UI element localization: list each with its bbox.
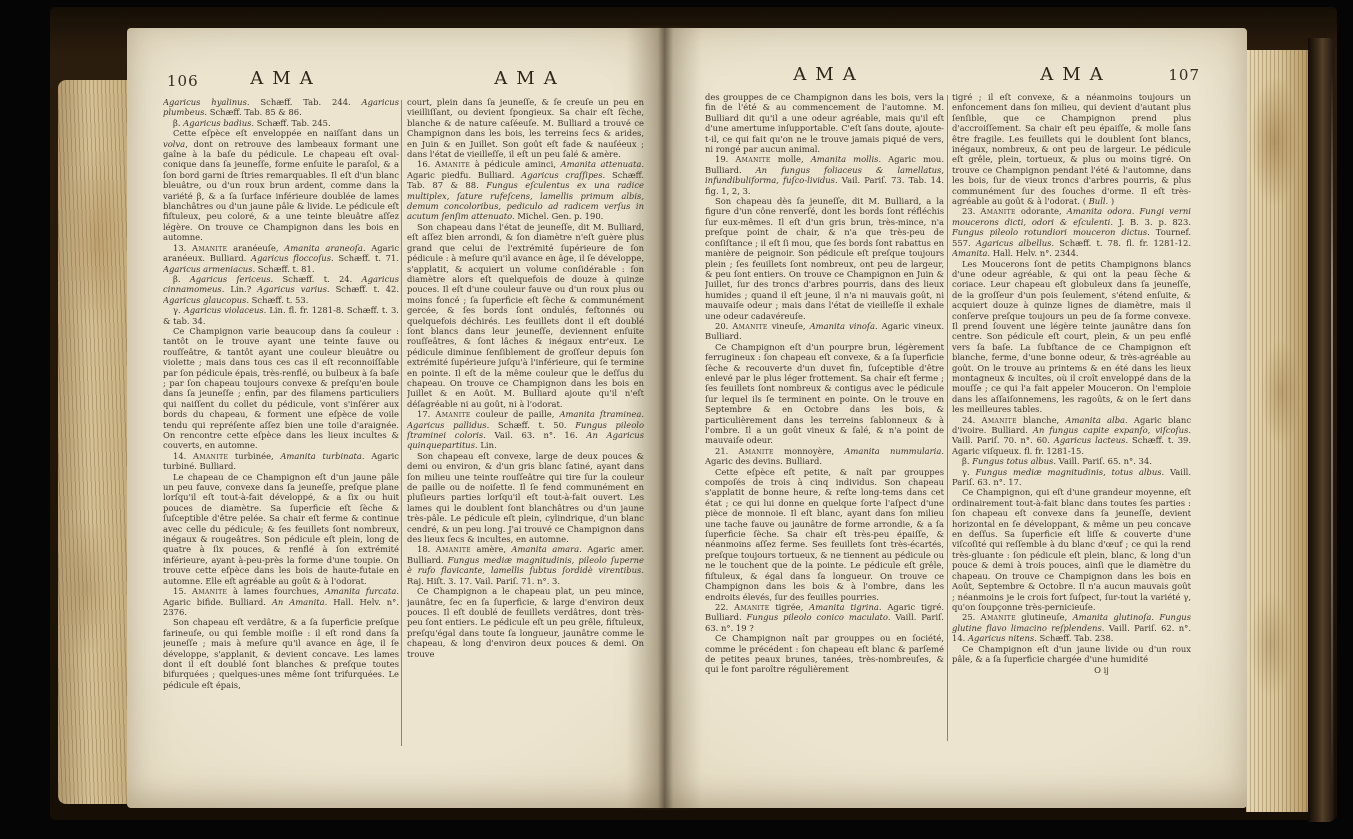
entry-heading: 21. Amanite monnoyère, Amanita nummulari… [705,446,944,467]
entry-heading: 25. Amanite glutineuſe, Amanita glutinoſ… [952,612,1191,643]
body-paragraph: Son chapeau dans l'état de jeuneſſe, dit… [407,222,644,409]
running-head: AMA [705,64,944,85]
body-paragraph: Cette eſpèce eſt enveloppée en naiſſant … [163,128,399,242]
body-paragraph: Cette eſpèce eſt petite, & naît par grou… [705,467,944,602]
text-column-4: tigré ; il eſt convexe, & a néanmoins to… [952,92,1191,764]
body-paragraph: Ce Champignon, qui eſt d'une grandeur mo… [952,487,1191,612]
body-paragraph: Ce Champignon naît par grouppes ou en ſo… [705,633,944,675]
body-paragraph: Son chapeau eſt convexe, large de deux p… [407,451,644,545]
entry-heading: 20. Amanite vineuſe, Amanita vinoſa. Aga… [705,321,944,342]
body-paragraph: Son chapeau eſt verdâtre, & a ſa ſuperfi… [163,617,399,690]
body-paragraph: Ce Champignon eſt d'un jaune livide ou d… [952,644,1191,665]
body-paragraph: court, plein dans ſa jeuneſſe, & ſe creu… [407,97,644,159]
entry-heading: 17. Amanite couleur de paille, Amanita ſ… [407,409,644,451]
running-head: AMA [163,68,400,89]
body-paragraph: Ce Champignon varie beaucoup dans ſa cou… [163,326,399,451]
body-paragraph: Ce Champignon a le chapeau plat, un peu … [407,586,644,659]
page-number-right: 107 [1140,66,1200,84]
body-paragraph: Le chapeau de ce Champignon eſt d'un jau… [163,472,399,586]
body-paragraph: tigré ; il eſt convexe, & a néanmoins to… [952,92,1191,206]
photo-background: 106 AMA AMA AMA AMA 107 Agaricus hyalinu… [0,0,1353,839]
signature-mark: O ij [952,664,1191,675]
body-paragraph: Les Moucerons ſont de petits Champignons… [952,259,1191,415]
right-page-edge-stack [1246,50,1309,812]
variety-line: β. Agaricus badius. Schæff. Tab. 245. [163,118,399,128]
running-head: AMA [407,68,644,89]
variety-line: β. Agaricus ſericeus. Schæff. t. 24. Aga… [163,274,399,305]
reference-line: Agaricus hyalinus. Schæff. Tab. 244. Aga… [163,97,399,118]
text-column-3: des grouppes de ce Champignon dans les b… [705,92,944,756]
entry-heading: 16. Amanite à pédicule aminci, Amanita a… [407,159,644,221]
body-paragraph: Ce Champignon eſt d'un pourpre brun, lég… [705,342,944,446]
variety-line: γ. Fungus mediæ magnitudinis, totus albu… [952,467,1191,488]
entry-heading: 15. Amanite à lames fourchues, Amanita f… [163,586,399,617]
entry-heading: 18. Amanite amère, Amanita amara. Agaric… [407,544,644,586]
entry-heading: 13. Amanite aranéeuſe, Amanita araneoſa.… [163,243,399,274]
column-rule [947,95,948,741]
entry-heading: 23. Amanite odorante, Amanita odora. Fun… [952,206,1191,258]
left-page-edge-stack [58,80,129,804]
entry-heading: 22. Amanite tigrée, Amanita tigrina. Aga… [705,602,944,633]
variety-line: γ. Agaricus violaceus. Lin. fl. fr. 1281… [163,305,399,326]
body-paragraph: des grouppes de ce Champignon dans les b… [705,92,944,154]
variety-line: β. Fungus totus albus. Vaill. Pariſ. 65.… [952,456,1191,466]
entry-heading: 14. Amanite turbinée, Amanita turbinata.… [163,451,399,472]
right-cover-leather-edge [1308,38,1334,822]
text-column-2: court, plein dans ſa jeuneſſe, & ſe creu… [407,97,644,752]
entry-heading: 19. Amanite molle, Amanita mollis. Agari… [705,154,944,196]
column-rule [401,100,402,746]
entry-heading: 24. Amanite blanche, Amanita alba. Agari… [952,415,1191,457]
text-column-1: Agaricus hyalinus. Schæff. Tab. 244. Aga… [163,97,399,752]
body-paragraph: Son chapeau dès ſa jeuneſſe, dit M. Bull… [705,196,944,321]
